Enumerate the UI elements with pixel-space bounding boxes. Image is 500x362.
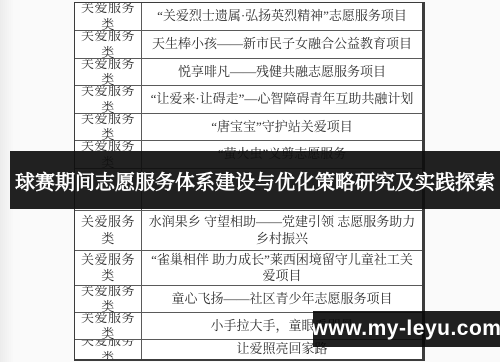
project-cell: 水润果乡 守望相助——党建引领 志愿服务助力乡村振兴 xyxy=(142,211,422,250)
category-cell: 关爱服务类 xyxy=(75,114,142,140)
table-row: 关爱服务类 “唐宝宝”守护站关爱项目 xyxy=(75,114,422,141)
watermark: www.my-leyu.com xyxy=(313,311,500,347)
page-title: 球赛期间志愿服务体系建设与优化策略研究及实践探索 xyxy=(15,166,495,195)
category-cell: 关爱服务类 xyxy=(75,286,142,312)
table-row: 关爱服务类 “雀巢相伴 助力成长”莱西困境留守儿童社工关爱项目 xyxy=(75,251,422,286)
table-row: 关爱服务类 “关爱烈士遗属·弘扬英烈精神”志愿服务项目 xyxy=(75,3,422,31)
project-cell: 天生棒小孩——新市民子女融合公益教育项目 xyxy=(142,31,422,58)
category-cell: 关爱服务类 xyxy=(75,59,142,85)
category-cell: 关爱服务类 xyxy=(75,86,142,113)
category-cell: 关爱服务类 xyxy=(75,3,142,30)
title-overlay-banner: 球赛期间志愿服务体系建设与优化策略研究及实践探索 xyxy=(10,151,500,209)
category-cell: 关爱服务类 xyxy=(75,211,142,250)
project-cell: “唐宝宝”守护站关爱项目 xyxy=(142,114,422,140)
table-row: 关爱服务类 悦享啡凡——残健共融志愿服务项目 xyxy=(75,59,422,86)
project-cell: “让爱来·让碍走”—心智障碍青年互助共融计划 xyxy=(142,86,422,113)
watermark-url-text: www.my-leyu.com xyxy=(313,317,500,341)
category-cell: 关爱服务类 xyxy=(75,251,142,285)
table-row: 关爱服务类 天生棒小孩——新市民子女融合公益教育项目 xyxy=(75,31,422,59)
table-row: 关爱服务类 “让爱来·让碍走”—心智障碍青年互助共融计划 xyxy=(75,86,422,114)
project-cell: 悦享啡凡——残健共融志愿服务项目 xyxy=(142,59,422,85)
category-cell: 关爱服务类 xyxy=(75,31,142,58)
project-cell: 童心飞扬——社区青少年志愿服务项目 xyxy=(142,286,422,312)
table-row: 关爱服务类 童心飞扬——社区青少年志愿服务项目 xyxy=(75,286,422,313)
project-cell: “雀巢相伴 助力成长”莱西困境留守儿童社工关爱项目 xyxy=(142,251,422,285)
category-cell: 关爱服务类 xyxy=(75,340,142,359)
table-row: 关爱服务类 水润果乡 守望相助——党建引领 志愿服务助力乡村振兴 xyxy=(75,211,422,251)
project-cell: “关爱烈士遗属·弘扬英烈精神”志愿服务项目 xyxy=(142,3,422,30)
category-cell: 关爱服务类 xyxy=(75,313,142,339)
